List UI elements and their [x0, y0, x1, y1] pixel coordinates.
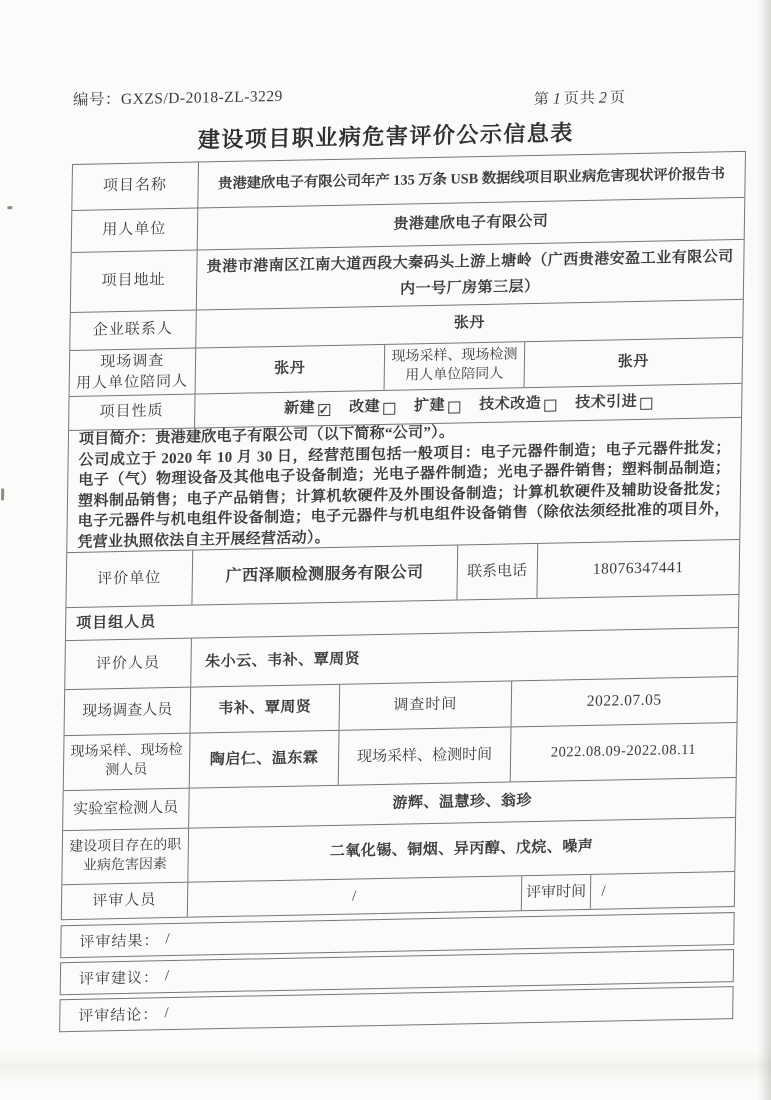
project-name-label: 项目名称	[72, 163, 197, 210]
hazards-label-line1: 建设项目存在的职	[69, 836, 181, 857]
checkbox-checked-icon: ✓	[318, 403, 330, 415]
evaluator-org-label: 评价单位	[66, 551, 191, 607]
page-suffix: 页	[610, 90, 626, 106]
checkbox-empty-icon	[383, 402, 395, 414]
escort2-label-line2: 用人单位陪同人	[405, 365, 503, 386]
review-result-value: /	[165, 931, 170, 948]
page-current-handwritten: 1	[550, 90, 564, 107]
project-intro: 项目简介：贵港建欣电子有限公司（以下简称“公司”）。 公司成立于 2020 年 …	[67, 418, 741, 552]
hazards-value: 二氧化锡、铜烟、异丙醇、戊烷、噪声	[187, 818, 735, 882]
hazards-label: 建设项目存在的职 业病危害因素	[62, 829, 187, 884]
reviewers-value: /	[186, 876, 520, 917]
page-title: 建设项目职业病危害评价公示信息表	[0, 112, 771, 158]
review-time-label: 评审时间	[520, 875, 590, 910]
option-label: 新建	[284, 399, 315, 420]
checkbox-empty-icon	[640, 397, 652, 409]
evaluators-label: 评价人员	[65, 639, 190, 689]
lab-staff-label: 实验室检测人员	[63, 789, 188, 830]
option-label: 技术引进	[575, 392, 637, 413]
address-label: 项目地址	[71, 251, 197, 312]
info-table: 项目名称 贵港建欣电子有限公司年产 135 万条 USB 数据线项目职业病危害现…	[61, 151, 746, 920]
escort2-value: 张丹	[523, 338, 742, 387]
sampling-staff-label-line2: 测人员	[105, 762, 147, 782]
phone-label: 联系电话	[456, 544, 537, 600]
survey-time-value: 2022.07.05	[510, 677, 737, 726]
survey-staff-label: 现场调查人员	[65, 688, 190, 735]
sampling-time-value: 2022.08.09-2022.08.11	[509, 723, 736, 781]
intro-body: 公司成立于 2020 年 10 月 30 日，经营范围包括一般项目：电子元器件制…	[77, 438, 731, 553]
page-indicator: 第1页共2页	[534, 86, 626, 109]
scan-speck	[7, 206, 12, 209]
escort-value: 张丹	[194, 345, 384, 394]
checkbox-empty-icon	[544, 399, 556, 411]
option-new-construction: 新建✓	[284, 398, 330, 419]
escort-label: 现场调查 用人单位陪同人	[70, 349, 195, 396]
reviewers-label: 评审人员	[62, 883, 187, 919]
review-conclusion-label: 评审结论：	[78, 1003, 158, 1026]
row-intro: 项目简介：贵港建欣电子有限公司（以下简称“公司”）。 公司成立于 2020 年 …	[67, 417, 741, 552]
nature-label: 项目性质	[69, 395, 194, 430]
sampling-staff-label: 现场采样、现场检 测人员	[64, 734, 189, 790]
page-middle: 页共	[564, 91, 596, 108]
escort-label-line2: 用人单位陪同人	[76, 371, 188, 393]
document-number: 编号：GXZS/D-2018-ZL-3229	[73, 84, 283, 110]
evaluator-org-value: 广西泽顺检测服务有限公司	[191, 545, 457, 604]
employer-label: 用人单位	[72, 209, 197, 252]
option-rebuild: 改建	[349, 397, 395, 418]
escort2-label-line1: 现场采样、现场检测	[391, 346, 517, 367]
option-tech-transform: 技术改造	[479, 394, 556, 416]
contact-label: 企业联系人	[70, 311, 195, 350]
scan-speck	[1, 488, 4, 500]
sampling-staff-value: 陶启仁、温东霖	[188, 731, 338, 788]
page-prefix: 第	[534, 92, 550, 108]
review-time-value: /	[590, 872, 734, 909]
review-advice-label: 评审建议：	[79, 966, 159, 989]
checkbox-empty-icon	[448, 401, 460, 413]
escort2-label: 现场采样、现场检测 用人单位陪同人	[384, 342, 524, 390]
address-value: 贵港市港南区江南大道西段大秦码头上游上塘岭（广西贵港安盈工业有限公司内一号厂房第…	[195, 240, 743, 310]
option-expansion: 扩建	[414, 396, 460, 417]
option-label: 技术改造	[479, 394, 541, 415]
sampling-time-label: 现场采样、检测时间	[338, 727, 510, 784]
hazards-label-line2: 业病危害因素	[83, 856, 167, 877]
option-label: 扩建	[414, 396, 445, 417]
survey-time-label: 调查时间	[339, 681, 511, 729]
review-conclusion-value: /	[164, 1005, 169, 1022]
review-result-label: 评审结果：	[79, 929, 159, 952]
document-sheet: 编号：GXZS/D-2018-ZL-3229 第1页共2页 建设项目职业病危害评…	[0, 0, 771, 1100]
page-total-handwritten: 2	[596, 89, 610, 106]
review-advice-value: /	[165, 968, 170, 985]
sampling-staff-label-line1: 现场采样、现场检	[70, 742, 182, 763]
survey-staff-value: 韦补、覃周贤	[189, 685, 339, 733]
escort-label-line1: 现场调查	[100, 351, 164, 373]
scanned-document-page: { "colors": { "line": "#76767a", "ink": …	[0, 0, 771, 1100]
option-label: 改建	[349, 397, 380, 418]
phone-value: 18076347441	[536, 540, 739, 598]
option-tech-import: 技术引进	[575, 392, 652, 414]
